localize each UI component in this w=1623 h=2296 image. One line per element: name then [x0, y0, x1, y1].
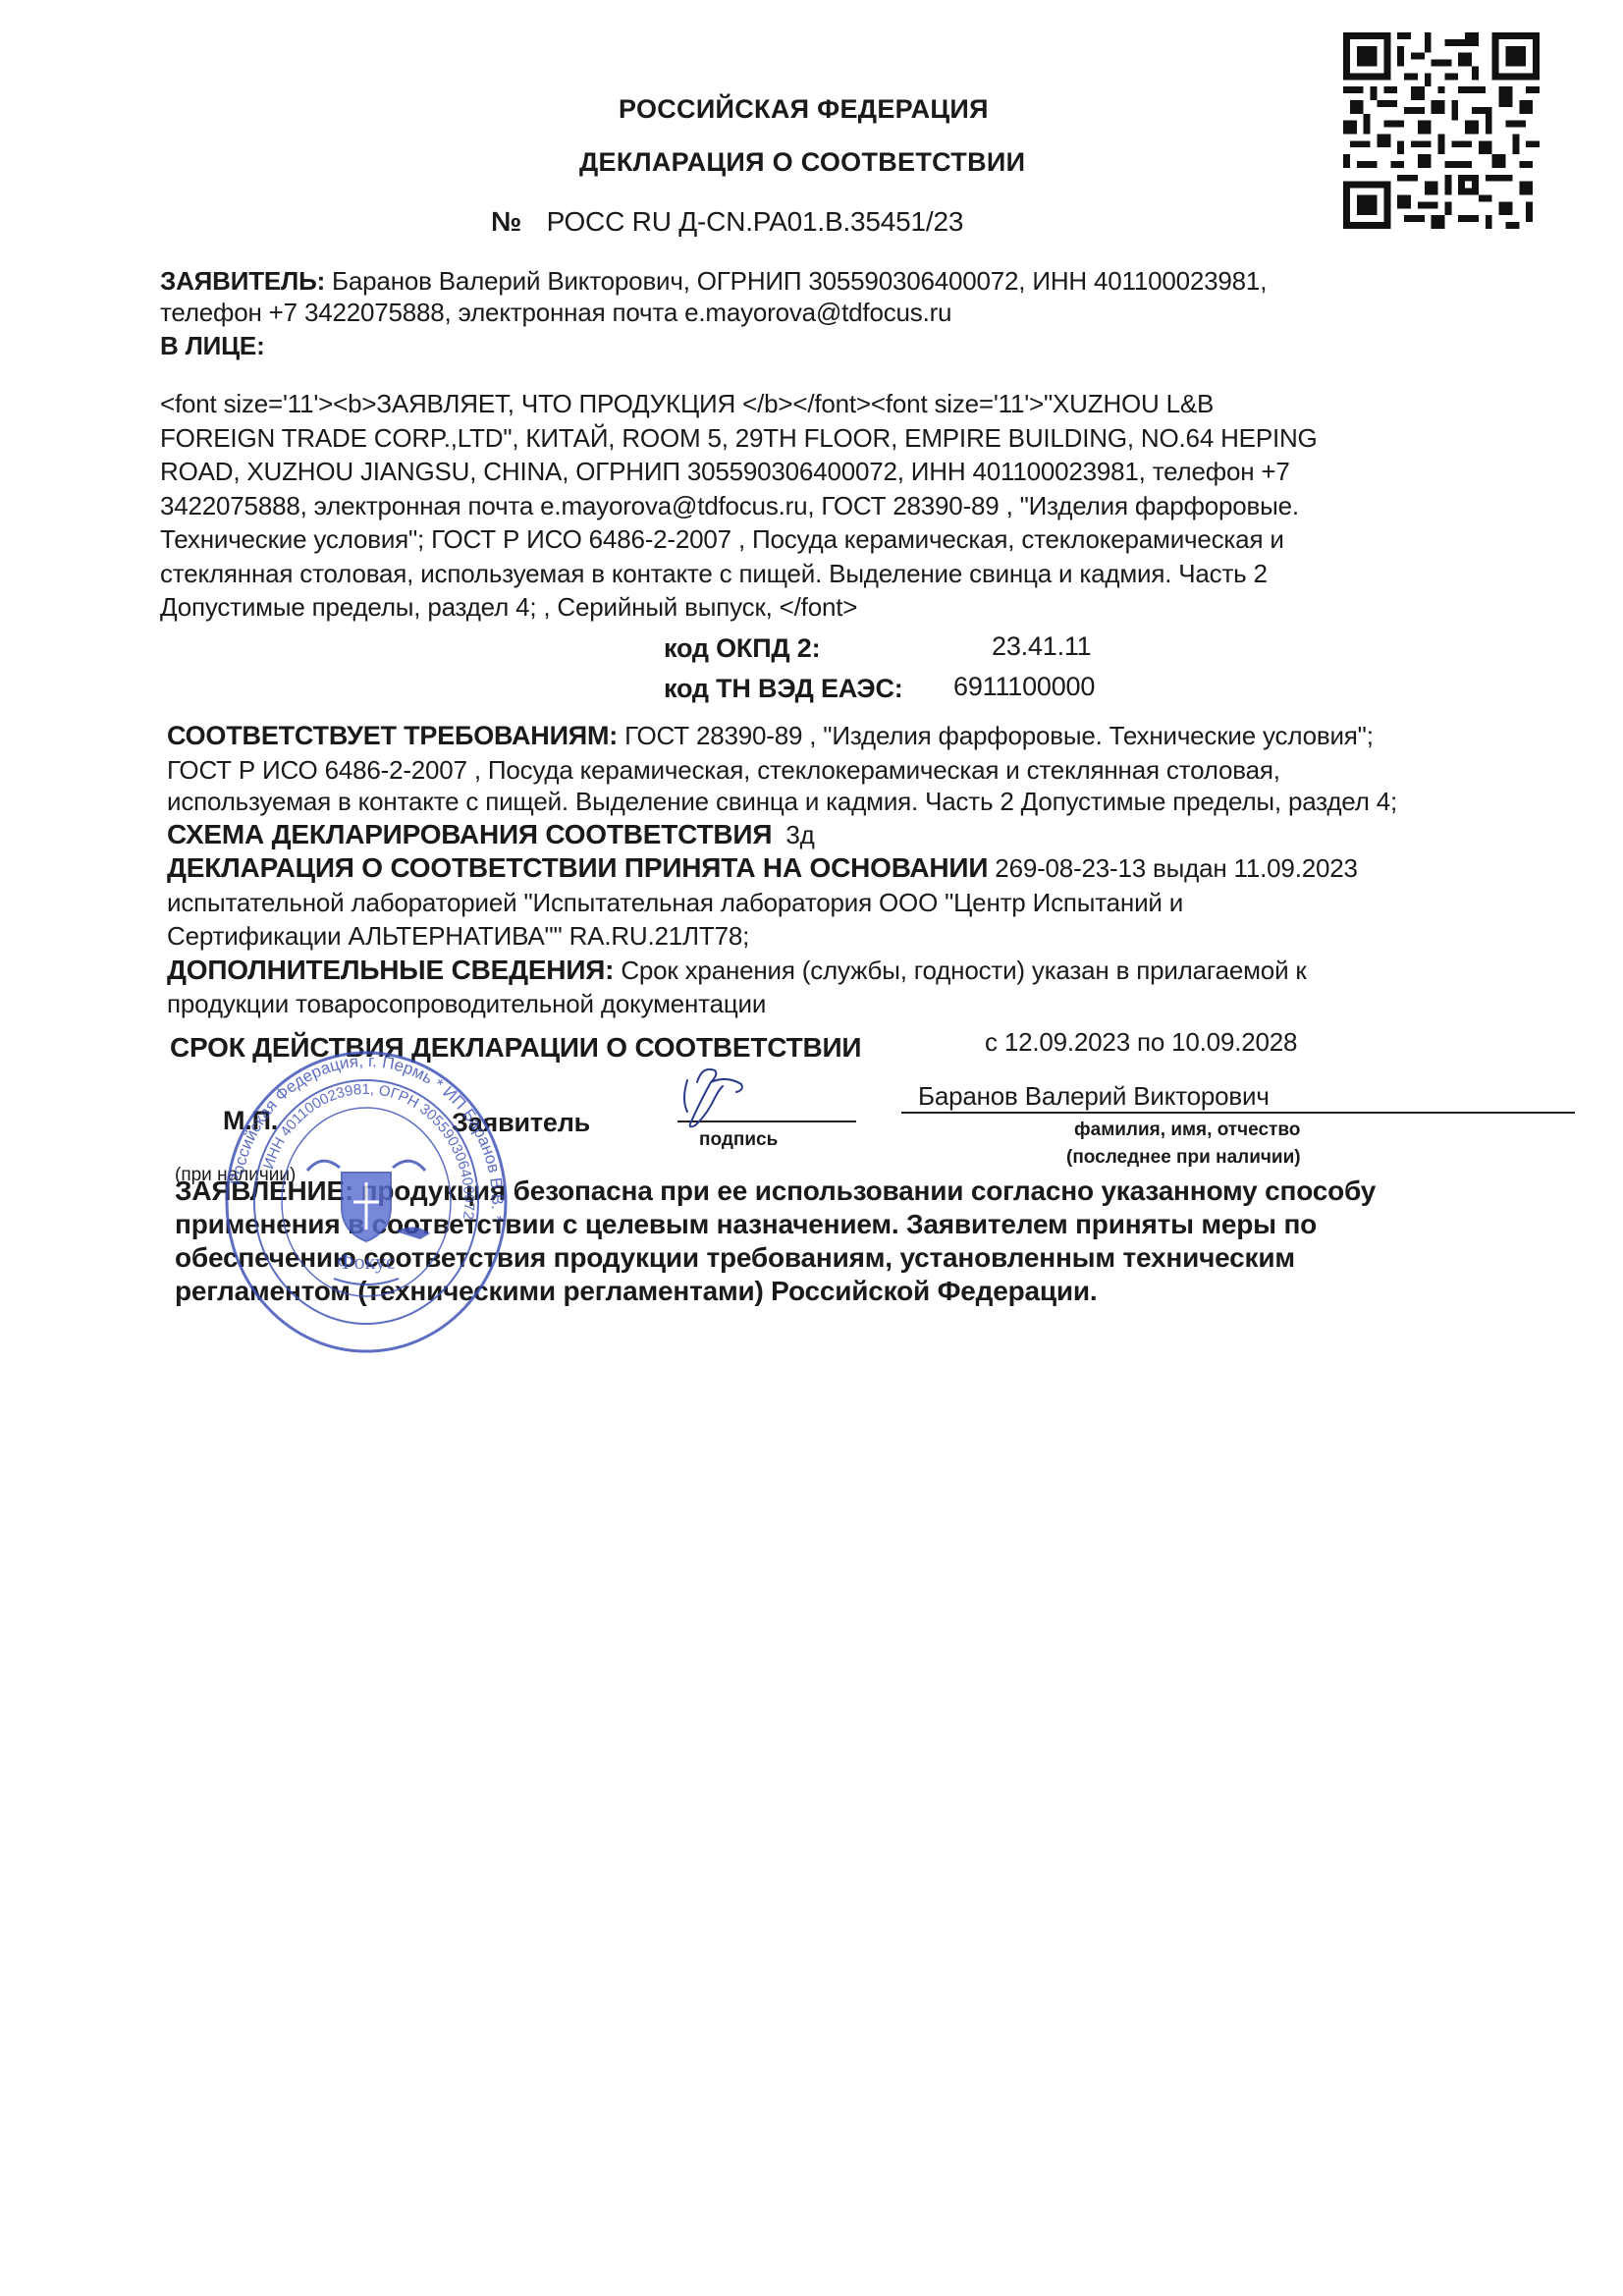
- declaration-number: № РОСС RU Д-CN.PA01.B.35451/23: [491, 206, 963, 238]
- qr-code-icon: [1343, 32, 1540, 229]
- requirements-line-3: используемая в контакте с пищей. Выделен…: [167, 786, 1397, 817]
- scheme-line: СХЕМА ДЕКЛАРИРОВАНИЯ СООТВЕТСТВИЯ 3д: [167, 819, 815, 850]
- official-stamp: Российская Федерация, г. Пермь * ИП Бара…: [224, 1045, 509, 1359]
- validity-value: с 12.09.2023 по 10.09.2028: [985, 1026, 1297, 1058]
- additional-text: Срок хранения (службы, годности) указан …: [614, 956, 1306, 985]
- number-value: РОСС RU Д-CN.PA01.B.35451/23: [547, 206, 964, 237]
- applicant-label: ЗАЯВИТЕЛЬ:: [160, 266, 325, 296]
- okpd-value: 23.41.11: [992, 630, 1092, 662]
- stamp-center-text: Фокус: [337, 1249, 396, 1274]
- requirements-label: СООТВЕТСТВУЕТ ТРЕБОВАНИЯМ:: [167, 721, 618, 750]
- basis-line-1: ДЕКЛАРАЦИЯ О СООТВЕТСТВИИ ПРИНЯТА НА ОСН…: [167, 852, 1358, 884]
- document-title: ДЕКЛАРАЦИЯ О СООТВЕТСТВИИ: [579, 147, 1025, 178]
- applicant-details: Баранов Валерий Викторович, ОГРНИП 30559…: [325, 266, 1267, 296]
- tnved-value: 6911100000: [953, 671, 1095, 702]
- name-caption-2: (последнее при наличии): [1066, 1147, 1301, 1169]
- scheme-label: СХЕМА ДЕКЛАРИРОВАНИЯ СООТВЕТСТВИЯ: [167, 819, 772, 849]
- basis-number: 269-08-23-13 выдан 11.09.2023: [988, 853, 1357, 883]
- name-caption-1: фамилия, имя, отчество: [1074, 1120, 1300, 1141]
- declares-line: Технические условия"; ГОСТ Р ИСО 6486-2-…: [160, 522, 1318, 557]
- requirements-text: ГОСТ 28390-89 , "Изделия фарфоровые. Тех…: [618, 721, 1374, 750]
- requirements-line-2: ГОСТ Р ИСО 6486-2-2007 , Посуда керамиче…: [167, 754, 1280, 786]
- declares-block: <font size='11'><b>ЗАЯВЛЯЕТ, ЧТО ПРОДУКЦ…: [160, 387, 1318, 625]
- declares-line: Допустимые пределы, раздел 4; , Серийный…: [160, 590, 1318, 625]
- okpd-label: код ОКПД 2:: [664, 632, 820, 664]
- in-person-label: В ЛИЦЕ:: [160, 330, 265, 361]
- declares-line: <font size='11'><b>ЗАЯВЛЯЕТ, ЧТО ПРОДУКЦ…: [160, 387, 1318, 421]
- basis-line-2: испытательной лабораторией "Испытательна…: [167, 887, 1183, 918]
- declares-line: FOREIGN TRADE CORP.,LTD", КИТАЙ, ROOM 5,…: [160, 421, 1318, 456]
- requirements-line-1: СООТВЕТСТВУЕТ ТРЕБОВАНИЯМ: ГОСТ 28390-89…: [167, 720, 1374, 751]
- applicant-contacts: телефон +7 3422075888, электронная почта…: [160, 297, 951, 328]
- additional-line-1: ДОПОЛНИТЕЛЬНЫЕ СВЕДЕНИЯ: Срок хранения (…: [167, 955, 1307, 986]
- applicant-line-1: ЗАЯВИТЕЛЬ: Баранов Валерий Викторович, О…: [160, 265, 1267, 297]
- handwritten-signature: [668, 1061, 776, 1139]
- number-label: №: [491, 206, 521, 237]
- tnved-label: код ТН ВЭД ЕАЭС:: [664, 673, 903, 704]
- basis-line-3: Сертификации АЛЬТЕРНАТИВА"" RA.RU.21ЛТ78…: [167, 920, 749, 952]
- country-heading: РОССИЙСКАЯ ФЕДЕРАЦИЯ: [619, 94, 989, 125]
- scheme-value: 3д: [772, 820, 814, 849]
- additional-line-2: продукции товаросопроводительной докумен…: [167, 988, 766, 1019]
- basis-label: ДЕКЛАРАЦИЯ О СООТВЕТСТВИИ ПРИНЯТА НА ОСН…: [167, 852, 988, 883]
- declares-line: стеклянная столовая, используемая в конт…: [160, 557, 1318, 591]
- name-line: [901, 1112, 1575, 1114]
- signer-name: Баранов Валерий Викторович: [918, 1080, 1270, 1112]
- additional-label: ДОПОЛНИТЕЛЬНЫЕ СВЕДЕНИЯ:: [167, 955, 614, 985]
- declares-line: 3422075888, электронная почта e.mayorova…: [160, 489, 1318, 523]
- declares-line: ROAD, XUZHOU JIANGSU, CHINA, ОГРНИП 3055…: [160, 455, 1318, 489]
